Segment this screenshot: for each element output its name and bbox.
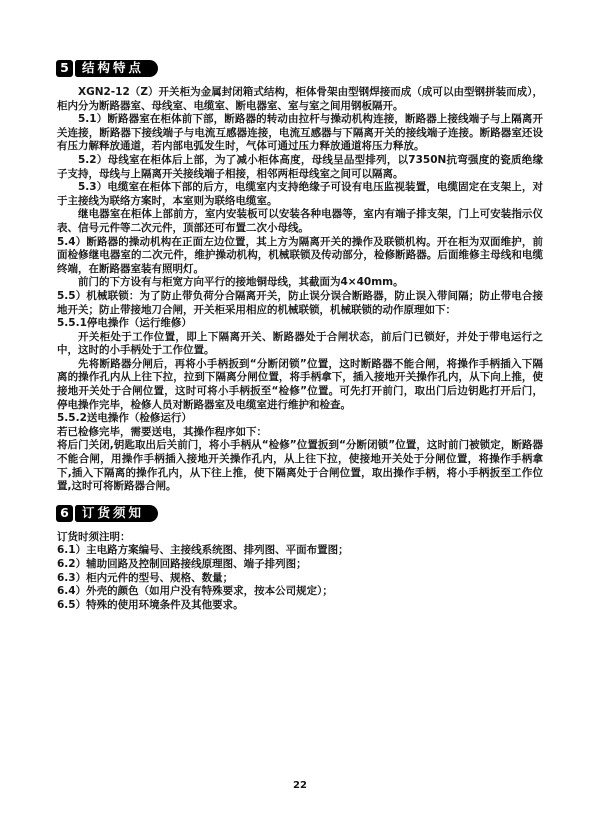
page-footer: 22	[0, 773, 600, 792]
document-page: 5结构特点XGN2-12（Z）开关柜为金属封闭箱式结构，柜体骨架由型钢焊接而成（…	[0, 0, 600, 814]
paragraph: 开关柜处于工作位置，即上下隔离开关、断路器处于合闸状态，前后门已锁好，并处于带电…	[57, 331, 543, 358]
paragraph: 5.5）机械联锁：为了防止带负荷分合隔离开关，防止误分误合断路器，防止误入带间隔…	[57, 290, 543, 317]
paragraph: 将后门关闭,钥匙取出后关前门，将小手柄从“检修”位置扳到“分断闭锁”位置，这时前…	[57, 439, 543, 493]
paragraph: 5.5.2送电操作（检修运行）	[57, 412, 543, 426]
paragraph: 先将断路器分闸后，再将小手柄扳到“分断闭锁”位置，这时断路器不能合闸，将操作手柄…	[57, 358, 543, 412]
paragraph: XGN2-12（Z）开关柜为金属封闭箱式结构，柜体骨架由型钢焊接而成（成可以由型…	[57, 86, 543, 113]
paragraph: 6.1）主电路方案编号、主接线系统图、排列图、平面布置图；	[57, 544, 543, 558]
paragraph: 若已检修完毕，需要送电，其操作程序如下：	[57, 426, 543, 440]
paragraph: 继电器室在柜体上部前方，室内安装板可以安装各种电器等，室内有端子排支架，门上可安…	[57, 208, 543, 235]
section-header: 6订货须知	[56, 505, 543, 522]
section-structural-features: 5结构特点XGN2-12（Z）开关柜为金属封闭箱式结构，柜体骨架由型钢焊接而成（…	[57, 60, 543, 494]
section-ordering-information: 6订货须知订货时须注明：6.1）主电路方案编号、主接线系统图、排列图、平面布置图…	[57, 505, 543, 613]
page-number: 22	[293, 780, 307, 791]
section-header: 5结构特点	[56, 60, 543, 77]
paragraph: 6.4）外壳的颜色（如用户没有特殊要求，按本公司规定）；	[57, 585, 543, 599]
paragraph: 5.5.1停电操作（运行维修）	[57, 317, 543, 331]
section-number-badge: 5	[56, 60, 73, 77]
paragraph: 5.1）断路器室在柜体前下部，断路器的转动由拉杆与操动机构连接，断路器上接线端子…	[57, 113, 543, 154]
section-title: 结构特点	[75, 60, 158, 77]
paragraph: 5.4）断路器的操动机构在正面左边位置，其上方为隔离开关的操作及联锁机构。开在柜…	[57, 236, 543, 277]
section-title: 订货须知	[75, 505, 158, 522]
paragraph: 订货时须注明：	[57, 531, 543, 545]
paragraph: 6.3）柜内元件的型号、规格、数量；	[57, 572, 543, 586]
paragraph: 6.5）特殊的使用环境条件及其他要求。	[57, 599, 543, 613]
paragraph: 5.3）电缆室在柜体下部的后方，电缆室内支持绝缘子可设有电压监视装置，电缆固定在…	[57, 181, 543, 208]
section-number-badge: 6	[56, 505, 73, 522]
paragraph: 6.2）辅助回路及控制回路接线原理图、端子排列图；	[57, 558, 543, 572]
document-content: 5结构特点XGN2-12（Z）开关柜为金属封闭箱式结构，柜体骨架由型钢焊接而成（…	[57, 60, 543, 612]
paragraph: 前门的下方设有与柜宽方向平行的接地铜母线，其截面为4×40mm。	[57, 276, 543, 290]
paragraph: 5.2）母线室在柜体后上部，为了减小柜体高度，母线呈品型排列，以7350N抗弯强…	[57, 154, 543, 181]
